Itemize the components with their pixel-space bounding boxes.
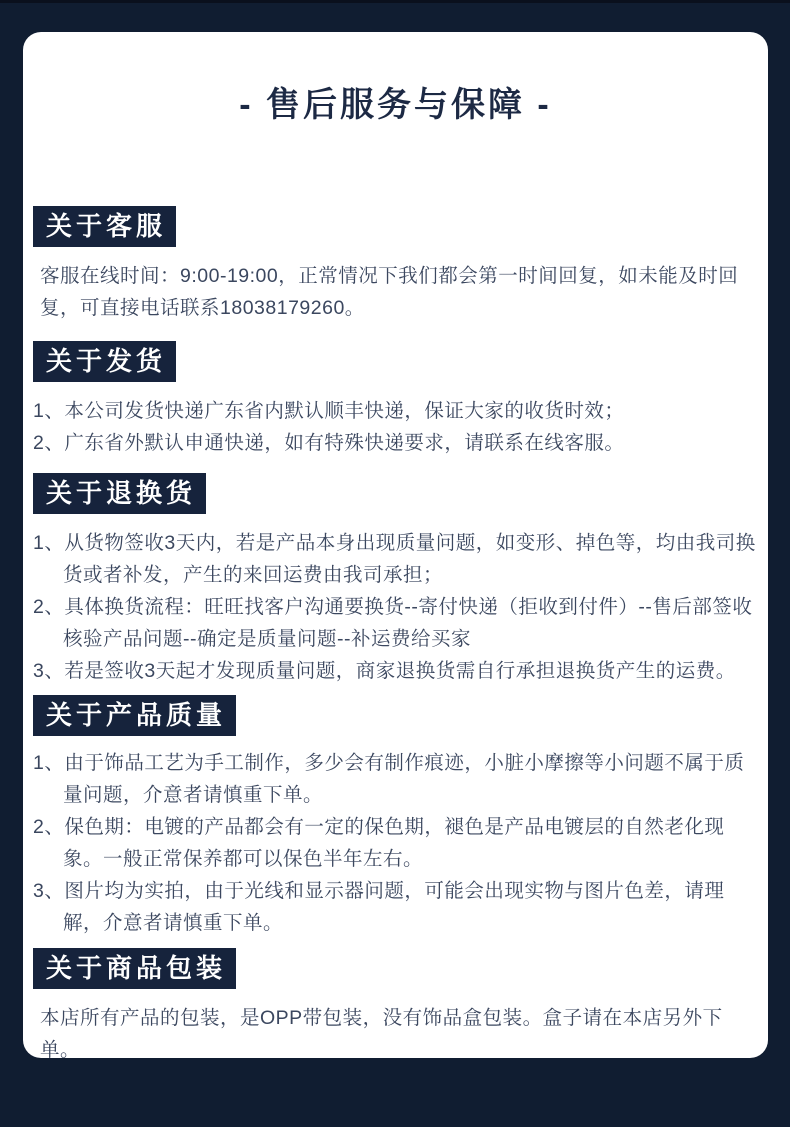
section-heading-badge: 关于退换货 bbox=[33, 473, 206, 514]
section-customer-service: 关于客服 客服在线时间：9:00-19:00，正常情况下我们都会第一时间回复，如… bbox=[33, 206, 757, 324]
section-paragraph: 本店所有产品的包装，是OPP带包装，没有饰品盒包装。盒子请在本店另外下单。 bbox=[40, 1002, 756, 1058]
section-heading-badge: 关于商品包装 bbox=[33, 948, 236, 989]
section-product-quality: 关于产品质量 1、由于饰品工艺为手工制作，多少会有制作痕迹，小脏小摩擦等小问题不… bbox=[33, 695, 757, 939]
section-heading-badge: 关于产品质量 bbox=[33, 695, 236, 736]
section-shipping: 关于发货 1、本公司发货快递广东省内默认顺丰快递，保证大家的收货时效； 2、广东… bbox=[33, 341, 757, 459]
service-guarantee-card: - 售后服务与保障 - 关于客服 客服在线时间：9:00-19:00，正常情况下… bbox=[23, 32, 768, 1058]
list-item: 2、保色期：电镀的产品都会有一定的保色期，褪色是产品电镀层的自然老化现象。一般正… bbox=[33, 811, 757, 875]
section-packaging: 关于商品包装 本店所有产品的包装，是OPP带包装，没有饰品盒包装。盒子请在本店另… bbox=[33, 948, 757, 1058]
list-item: 2、广东省外默认申通快递，如有特殊快递要求，请联系在线客服。 bbox=[33, 427, 757, 459]
list-item: 2、具体换货流程：旺旺找客户沟通要换货--寄付快递（拒收到付件）--售后部签收核… bbox=[33, 591, 757, 655]
section-returns-exchange: 关于退换货 1、从货物签收3天内，若是产品本身出现质量问题，如变形、掉色等，均由… bbox=[33, 473, 757, 687]
top-divider bbox=[0, 0, 790, 3]
list-item: 3、若是签收3天起才发现质量问题，商家退换货需自行承担退换货产生的运费。 bbox=[33, 655, 757, 687]
section-heading-badge: 关于客服 bbox=[33, 206, 176, 247]
page-title: - 售后服务与保障 - bbox=[23, 77, 768, 126]
section-heading-badge: 关于发货 bbox=[33, 341, 176, 382]
section-paragraph: 客服在线时间：9:00-19:00，正常情况下我们都会第一时间回复，如未能及时回… bbox=[40, 260, 756, 324]
list-item: 1、本公司发货快递广东省内默认顺丰快递，保证大家的收货时效； bbox=[33, 395, 757, 427]
list-item: 1、从货物签收3天内，若是产品本身出现质量问题，如变形、掉色等，均由我司换货或者… bbox=[33, 527, 757, 591]
list-item: 3、图片均为实拍，由于光线和显示器问题，可能会出现实物与图片色差，请理解，介意者… bbox=[33, 875, 757, 939]
list-item: 1、由于饰品工艺为手工制作，多少会有制作痕迹，小脏小摩擦等小问题不属于质量问题，… bbox=[33, 747, 757, 811]
